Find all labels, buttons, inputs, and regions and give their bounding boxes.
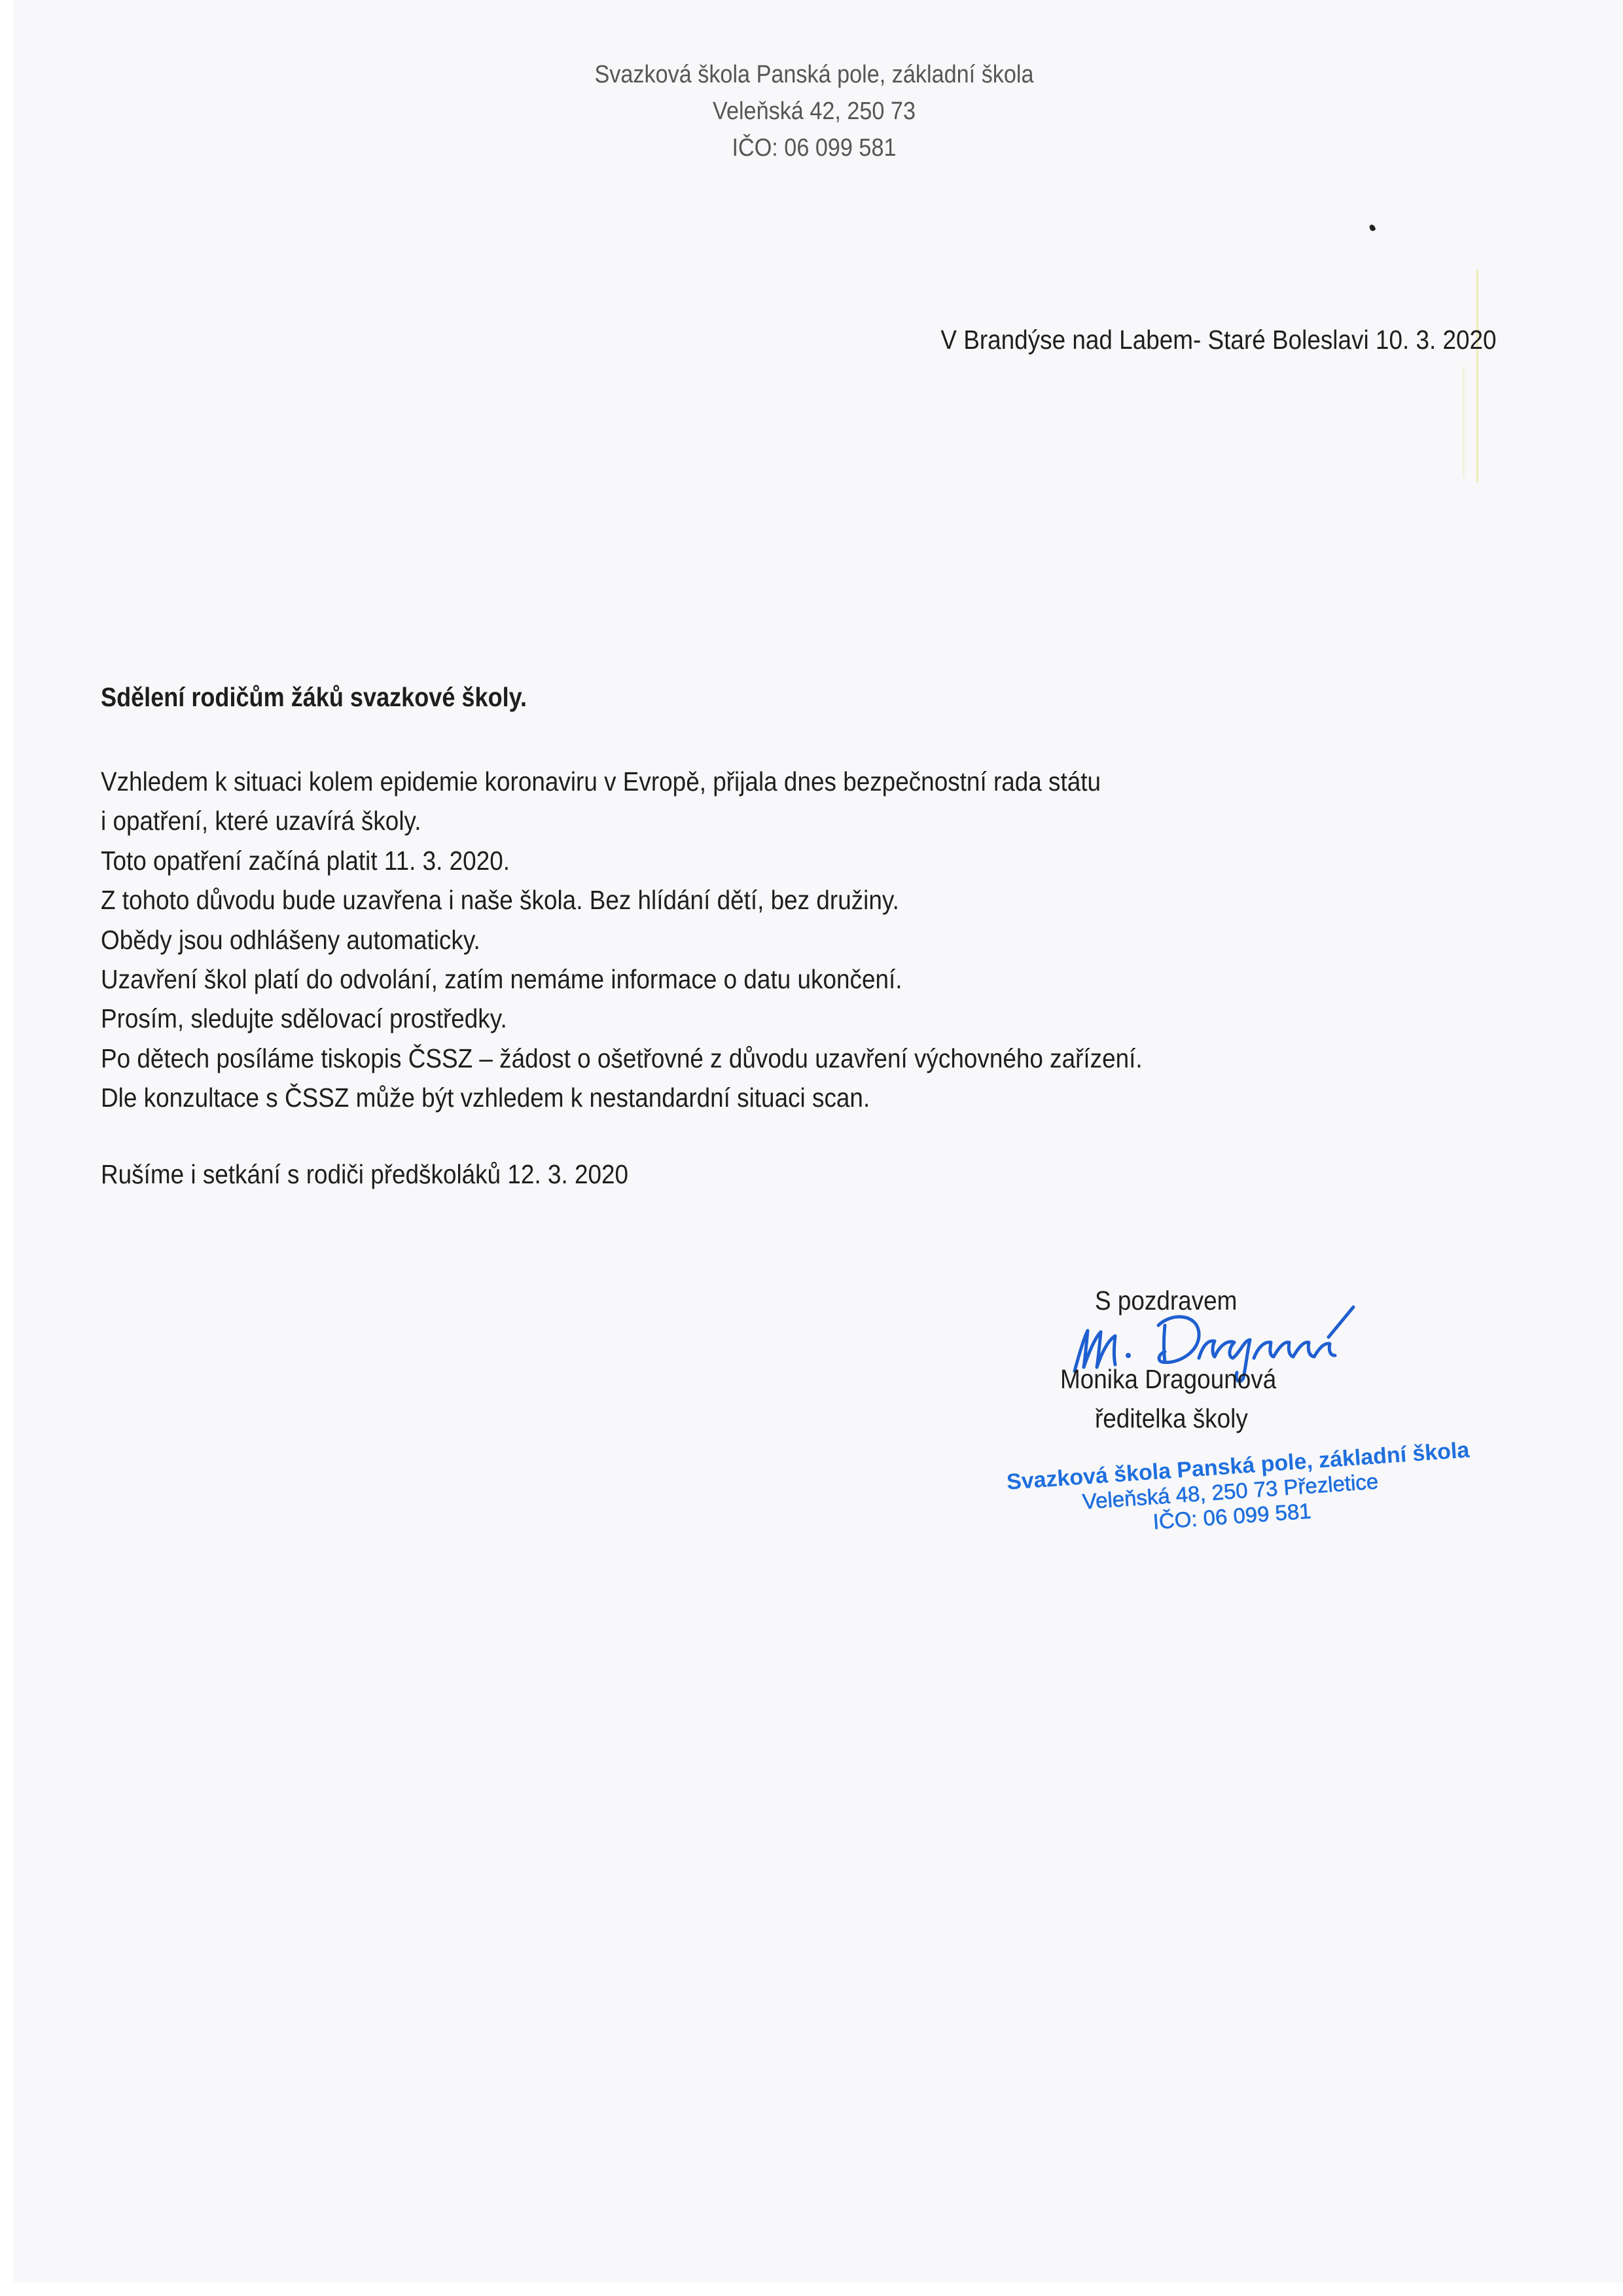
signer-name: Monika Dragounová xyxy=(1060,1364,1276,1395)
letterhead-ico: IČO: 06 099 581 xyxy=(81,130,1546,166)
closing-note: Rušíme i setkání s rodiči předškoláků 12… xyxy=(101,1159,628,1190)
body-line: Vzhledem k situaci kolem epidemie korona… xyxy=(101,762,1143,801)
body-line: Dle konzultace s ČSSZ může být vzhledem … xyxy=(101,1078,1143,1117)
body-line: Po dětech posíláme tiskopis ČSSZ – žádos… xyxy=(101,1039,1143,1078)
body-line: i opatření, které uzavírá školy. xyxy=(101,801,1143,840)
body-line: Prosím, sledujte sdělovací prostředky. xyxy=(101,999,1143,1038)
letterhead-address: Veleňská 42, 250 73 xyxy=(81,93,1546,130)
letterhead: Svazková škola Panská pole, základní ško… xyxy=(81,56,1546,166)
body-line: Z tohoto důvodu bude uzavřena i naše ško… xyxy=(101,880,1143,920)
document-title: Sdělení rodičům žáků svazkové školy. xyxy=(101,682,527,713)
letterhead-school-name: Svazková škola Panská pole, základní ško… xyxy=(81,56,1546,93)
body-line: Uzavření škol platí do odvolání, zatím n… xyxy=(101,960,1143,999)
scan-artifact-line xyxy=(1463,367,1465,478)
letter-body: Vzhledem k situaci kolem epidemie korona… xyxy=(101,762,1143,1118)
scan-artifact-line xyxy=(1476,270,1478,482)
signer-role: ředitelka školy xyxy=(1095,1403,1248,1434)
place-and-date: V Brandýse nad Labem- Staré Boleslavi 10… xyxy=(941,325,1497,355)
body-line: Obědy jsou odhlášeny automaticky. xyxy=(101,920,1143,960)
body-line: Toto opatření začíná platit 11. 3. 2020. xyxy=(101,841,1143,880)
